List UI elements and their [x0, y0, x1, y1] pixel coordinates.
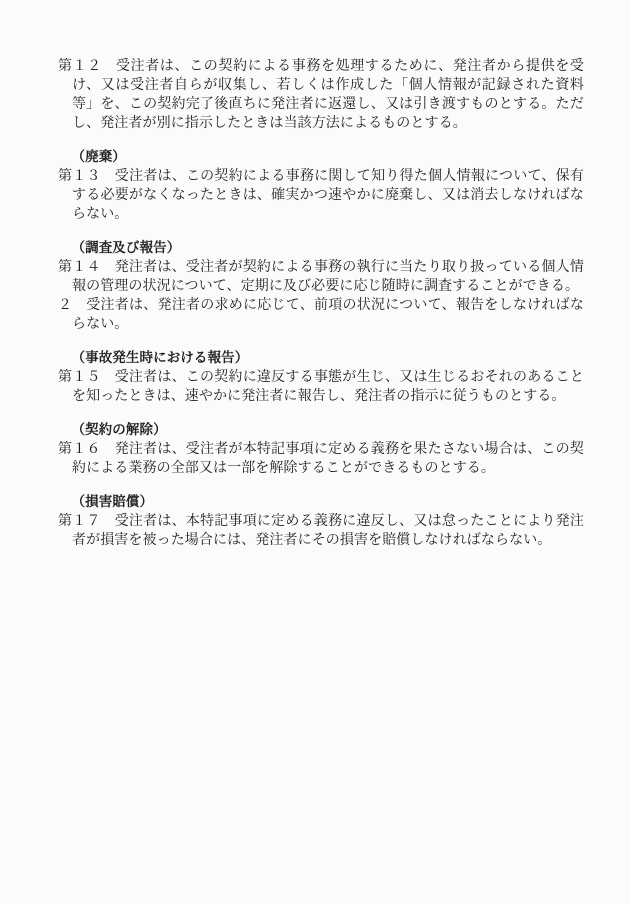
section-songai-baishou: （損害賠償） 第１７受注者は、本特記事項に定める義務に違反し、又は怠ったことによ…: [58, 493, 584, 550]
section-haiki: （廃棄） 第１３受注者は、この契約による事務に関して知り得た個人情報について、保…: [58, 148, 584, 224]
article-17-number: 第１７: [58, 513, 101, 529]
section-jiko-houkoku: （事故発生時における報告） 第１５受注者は、この契約に違反する事態が生じ、又は生…: [58, 349, 584, 406]
article-14-number: 第１４: [58, 259, 101, 275]
section-heading-chousa-houkoku: （調査及び報告）: [58, 239, 584, 258]
article-14-paragraph-2: ２受注者は、発注者の求めに応じて、前項の状況について、報告をしなければならない。: [58, 296, 584, 334]
section-heading-keiyaku-kaijo: （契約の解除）: [58, 421, 584, 440]
article-16-number: 第１６: [58, 441, 101, 457]
article-15-text: 受注者は、この契約に違反する事態が生じ、又は生じるおそれのあることを知ったときは…: [72, 369, 584, 404]
article-13-paragraph-1: 第１３受注者は、この契約による事務に関して知り得た個人情報について、保有する必要…: [58, 167, 584, 224]
section-article-12: 第１２受注者は、この契約による事務を処理するために、発注者から提供を受け、又は受…: [58, 57, 584, 133]
section-keiyaku-kaijo: （契約の解除） 第１６発注者は、受注者が本特記事項に定める義務を果たさない場合は…: [58, 421, 584, 478]
article-14-text: 発注者は、受注者が契約による事務の執行に当たり取り扱っている個人情報の管理の状況…: [72, 259, 584, 294]
article-14-item-2-number: ２: [58, 297, 72, 313]
article-13-number: 第１３: [58, 168, 101, 184]
section-chousa-houkoku: （調査及び報告） 第１４発注者は、受注者が契約による事務の執行に当たり取り扱って…: [58, 239, 584, 334]
article-15-paragraph-1: 第１５受注者は、この契約に違反する事態が生じ、又は生じるおそれのあることを知った…: [58, 368, 584, 406]
section-heading-haiki: （廃棄）: [58, 148, 584, 167]
document-content: 第１２受注者は、この契約による事務を処理するために、発注者から提供を受け、又は受…: [58, 57, 584, 550]
article-12-number: 第１２: [58, 58, 102, 74]
article-13-text: 受注者は、この契約による事務に関して知り得た個人情報について、保有する必要がなく…: [72, 168, 584, 222]
section-heading-songai-baishou: （損害賠償）: [58, 493, 584, 512]
article-14-item-2-text: 受注者は、発注者の求めに応じて、前項の状況について、報告をしなければならない。: [72, 297, 584, 332]
article-12-text: 受注者は、この契約による事務を処理するために、発注者から提供を受け、又は受注者自…: [72, 58, 584, 131]
article-16-paragraph-1: 第１６発注者は、受注者が本特記事項に定める義務を果たさない場合は、この契約による…: [58, 440, 584, 478]
article-14-paragraph-1: 第１４発注者は、受注者が契約による事務の執行に当たり取り扱っている個人情報の管理…: [58, 258, 584, 296]
article-15-number: 第１５: [58, 369, 101, 385]
article-12-paragraph-1: 第１２受注者は、この契約による事務を処理するために、発注者から提供を受け、又は受…: [58, 57, 584, 133]
article-16-text: 発注者は、受注者が本特記事項に定める義務を果たさない場合は、この契約による業務の…: [72, 441, 584, 476]
article-17-text: 受注者は、本特記事項に定める義務に違反し、又は怠ったことにより発注者が損害を被っ…: [72, 513, 584, 548]
document-page: 第１２受注者は、この契約による事務を処理するために、発注者から提供を受け、又は受…: [0, 0, 630, 903]
article-17-paragraph-1: 第１７受注者は、本特記事項に定める義務に違反し、又は怠ったことにより発注者が損害…: [58, 512, 584, 550]
section-heading-jiko-houkoku: （事故発生時における報告）: [58, 349, 584, 368]
